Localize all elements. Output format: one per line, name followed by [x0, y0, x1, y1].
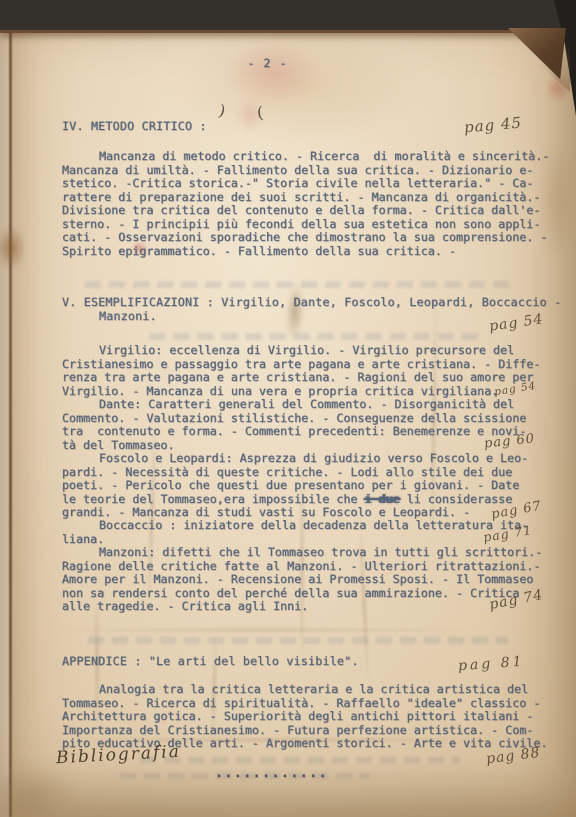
typed-line: Importanza del Cristianesimo. - Futura p… — [62, 724, 548, 738]
typed-line: liana. — [62, 533, 528, 547]
typed-strikethrough: i due — [365, 492, 400, 506]
typed-line: tà del Tommaseo. — [62, 439, 526, 453]
scanner-background-top — [0, 0, 576, 33]
paragraph-virgilio: Virgilio: eccellenza di Virgilio. - Virg… — [62, 344, 540, 398]
typed-line: Mancanza di metodo critico. - Ricerca di… — [62, 150, 549, 164]
section-heading-metodo-critico: IV. METODO CRITICO : — [62, 120, 207, 134]
typed-line: sterno. - I principii più fecondi della … — [62, 218, 549, 232]
typed-line: Analogia tra la critica letteraria e la … — [62, 683, 548, 697]
paragraph-dante: Dante: Caratteri generali del Commento. … — [62, 398, 526, 452]
typed-line: Amore per il Manzoni. - Recensione ai Pr… — [62, 573, 542, 587]
typed-line: alle tragedie. - Critica agli Inni. — [62, 600, 542, 614]
page-number: - 2 - — [0, 57, 535, 71]
typed-line: Virgilio: eccellenza di Virgilio. - Virg… — [62, 344, 540, 358]
paragraph-appendice: Analogia tra la critica letteraria e la … — [62, 683, 548, 751]
typed-line: Spirito epigrammatico. - Fallimento dell… — [62, 245, 549, 259]
typed-line: poeti. - Pericolo che questi due present… — [62, 479, 528, 493]
typed-dots-divider: ............ — [215, 767, 328, 781]
typed-line: Commento. - Valutazioni stilistiche. - C… — [62, 412, 526, 426]
typed-line: V. ESEMPLIFICAZIONI : Virgilio, Dante, F… — [62, 296, 561, 310]
typed-line: le teorie del Tommaseo,era impossibile c… — [62, 493, 528, 507]
typed-line: Architettura gotica. - Superiorità degli… — [62, 710, 548, 724]
typed-line: Virgilio. - Mancanza di una vera e propr… — [62, 385, 540, 399]
typed-line: renza tra arte pagana e arte cristiana. … — [62, 371, 540, 385]
section-heading-esemplificazioni: V. ESEMPLIFICAZIONI : Virgilio, Dante, F… — [62, 296, 561, 323]
typed-line: stetico. -Critica storica.-" Storia civi… — [62, 177, 549, 191]
typed-line: Boccaccio : iniziatore della decadenza d… — [62, 519, 528, 533]
paragraph-metodo-critico: Mancanza di metodo critico. - Ricerca di… — [62, 150, 549, 258]
paragraph-boccaccio: Boccaccio : iniziatore della decadenza d… — [62, 519, 528, 546]
typed-line: cati. - Osservazioni sporadiche che dimo… — [62, 231, 549, 245]
typed-line: Ragione delle critiche fatte al Manzoni.… — [62, 560, 542, 574]
typed-line: pardi. - Necessità di queste critiche. -… — [62, 466, 528, 480]
typed-line: Manzoni: difetti che il Tommaseo trova i… — [62, 546, 542, 560]
binding-crease — [9, 28, 12, 817]
typed-line: Foscolo e Leopardi: Asprezza di giudizio… — [62, 452, 528, 466]
typed-line: Divisione tra critica del contenuto e de… — [62, 204, 549, 218]
binding-strip — [0, 28, 9, 817]
paragraph-manzoni: Manzoni: difetti che il Tommaseo trova i… — [62, 546, 542, 614]
scanned-document-page: - 2 - IV. METODO CRITICO : ) ( Mancanza … — [0, 0, 576, 817]
typed-text: le teorie del Tommaseo,era impossibile c… — [62, 492, 365, 506]
typed-line: Cristianesimo e passaggio tra arte pagan… — [62, 358, 540, 372]
typed-line: Manzoni. — [62, 310, 561, 324]
typed-line: Dante: Caratteri generali del Commento. … — [62, 398, 526, 412]
typed-line: Tommaseo. - Ricerca di spiritualità. - R… — [62, 697, 548, 711]
paragraph-foscolo-leopardi: Foscolo e Leopardi: Asprezza di giudizio… — [62, 452, 528, 520]
section-heading-appendice: APPENDICE : "Le arti del bello visibile"… — [62, 655, 359, 669]
typed-text: li considerasse — [400, 492, 513, 506]
typed-line: non sa rendersi conto del perché della s… — [62, 587, 542, 601]
typed-line: Mancanza di umiltà. - Fallimento della s… — [62, 164, 549, 178]
typed-line: tra contenuto e forma. - Commenti preced… — [62, 425, 526, 439]
typed-line: rattere di preparazione dei suoi scritti… — [62, 191, 549, 205]
